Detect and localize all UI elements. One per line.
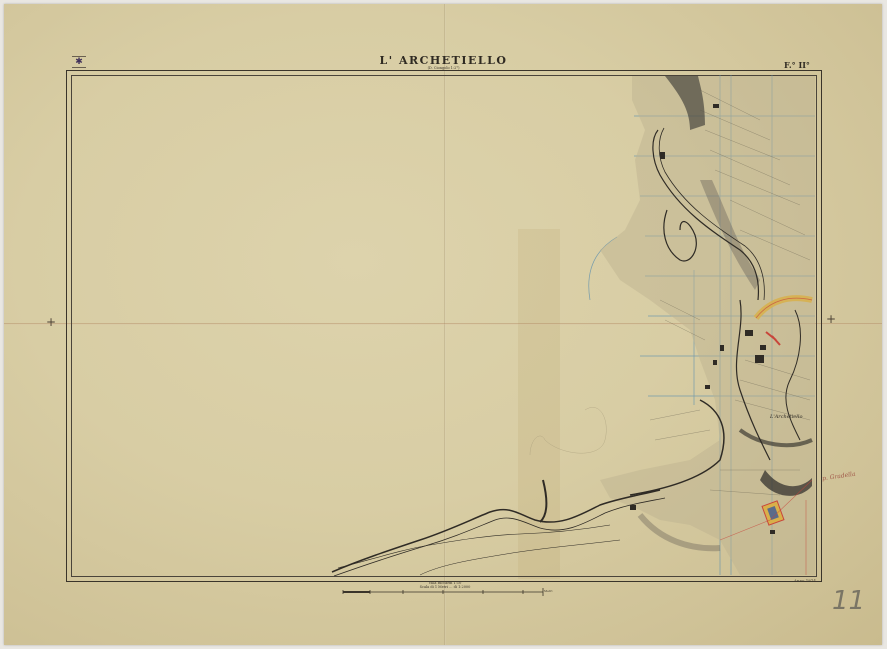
place-label-archetiello: L'Archetiello [770,414,802,420]
archive-number: 11 [832,586,865,616]
scale-end-label: Metri [544,589,552,593]
topographic-map-area[interactable] [0,0,887,649]
footer-date: Anno 1874 [794,578,816,583]
scale-caption: Villa Riccardi 1:10 Scala di 1 Metri ...… [350,581,540,589]
scale-caption-line-2: Scala di 1 Metri ... di 1:2000 [350,585,540,589]
scale-bar [343,588,543,596]
terrain-right [600,76,815,575]
